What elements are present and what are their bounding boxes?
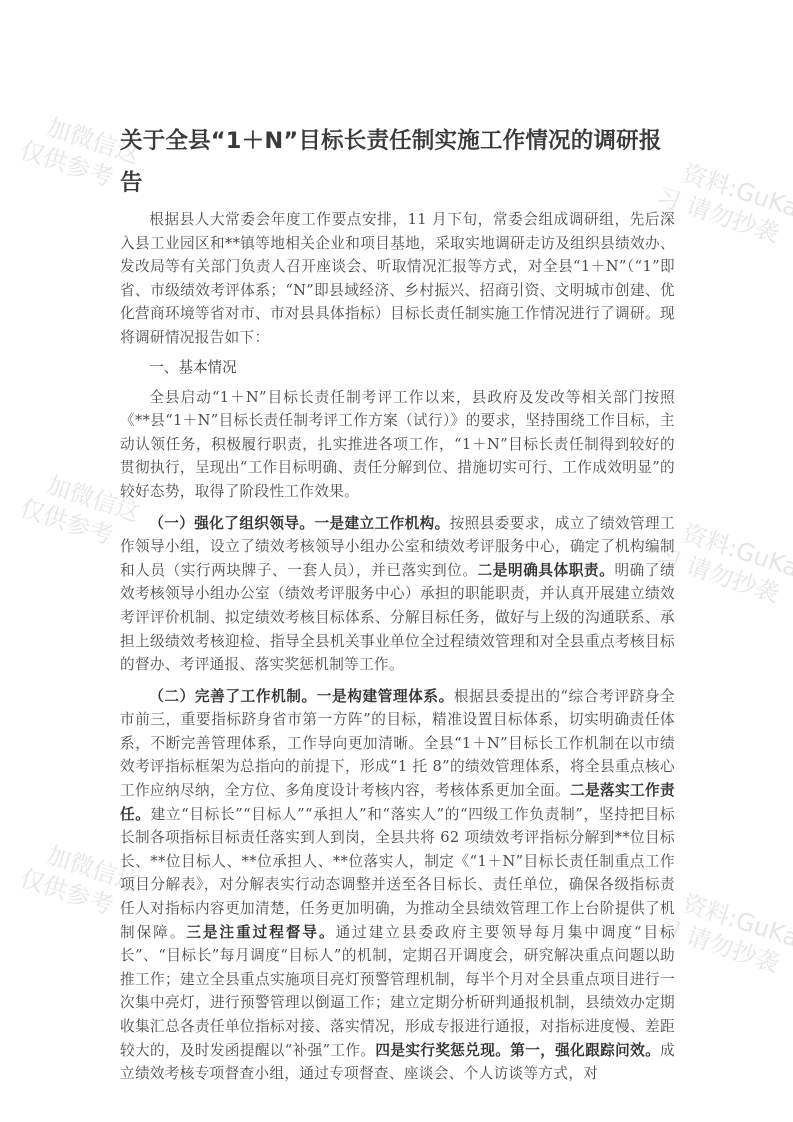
watermark-right-3: 资料:GuKai. 习 请勿抄袭 [669, 888, 793, 987]
subsection-lead: （二）完善了工作机制。 [149, 688, 317, 705]
point-text: 通过建立县委政府主要领导每月集中调度“目标长”、“目标长”每月调度“目标人”的机… [120, 924, 675, 1059]
point-title: 四是实行奖惩兑现。第一，强化跟踪问效。 [375, 1042, 660, 1059]
point-title: 二是明确具体职责。 [478, 562, 615, 579]
section-heading-basic-situation: 一、基本情况 [120, 356, 675, 380]
subsection-organization-leadership: （一）强化了组织领导。一是建立工作机构。按照县委要求，成立了绩效管理工作领导小组… [120, 512, 675, 677]
point-title: 三是注重过程督导。 [186, 924, 335, 941]
watermark-text: 仅供参考 [16, 863, 134, 927]
watermark-text: 资料:GuKai. [679, 158, 793, 228]
document-title: 关于全县“1＋N”目标长责任制实施工作情况的调研报告 [120, 120, 675, 204]
subsection-lead: （一）强化了组织领导。 [149, 515, 314, 532]
document-page: 加微信这 仅供参考 资料:GuKai. 习 请勿抄袭 加微信这 仅供参考 资料:… [0, 0, 793, 1122]
intro-paragraph: 根据县人大常委会年度工作要点安排，11 月下旬，常委会组成调研组，先后深入县工业… [120, 208, 675, 350]
watermark-text: 仅供参考 [16, 493, 134, 557]
point-title: 一是构建管理体系。 [317, 688, 454, 705]
point-title: 一是建立工作机构。 [314, 515, 449, 532]
subsection-work-mechanism: （二）完善了工作机制。一是构建管理体系。根据县委提出的“综合考评跻身全市前三，重… [120, 685, 675, 1086]
basic-situation-paragraph: 全县启动“1＋N”目标长责任制考评工作以来，县政府及发改等相关部门按照《**县“… [120, 386, 675, 504]
watermark-right-1: 资料:GuKai. 习 请勿抄袭 [669, 158, 793, 257]
watermark-text: 仅供参考 [16, 135, 134, 199]
document-body: 关于全县“1＋N”目标长责任制实施工作情况的调研报告 根据县人大常委会年度工作要… [120, 120, 675, 1086]
watermark-text: 资料:GuKai. [679, 888, 793, 958]
point-text: 建立“目标长”“目标人”“承担人”和“落实人”的“四级工作负责制”，坚持把目标长… [120, 806, 675, 941]
watermark-text: 资料:GuKai. [679, 518, 793, 588]
watermark-right-2: 资料:GuKai. 习 请勿抄袭 [669, 518, 793, 617]
